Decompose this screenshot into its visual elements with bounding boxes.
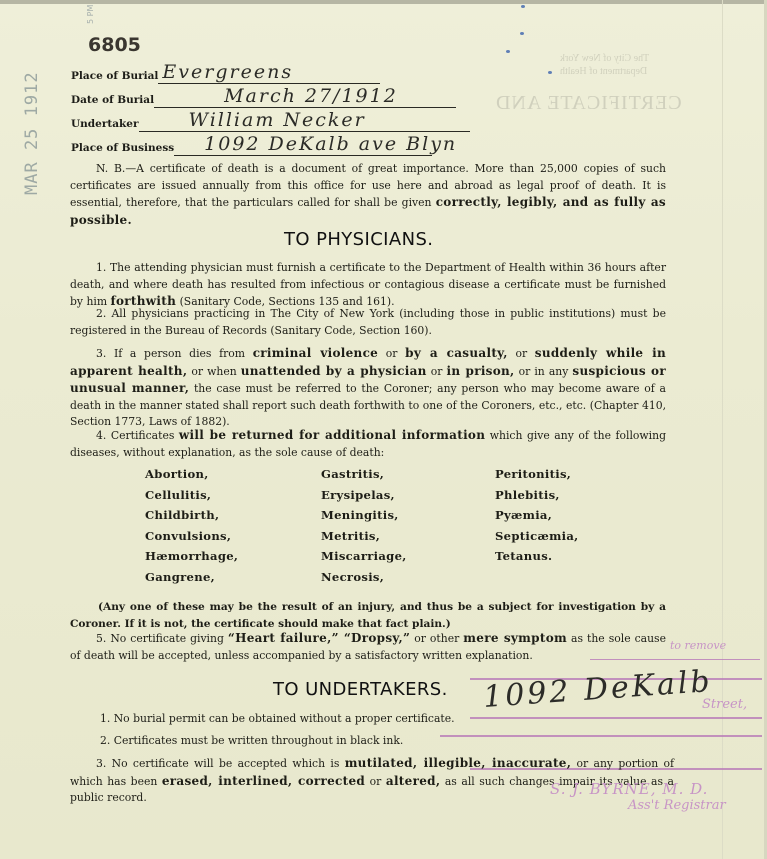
field-line: Evergreens (158, 63, 380, 84)
disease-item: Hæmorrhage, (145, 548, 321, 566)
item-emphasis: by a casualty, (405, 346, 508, 360)
disease-item: Necrosis, (321, 569, 495, 587)
item-emphasis: unattended by a physician (241, 364, 427, 378)
disease-item: Metritis, (321, 528, 495, 546)
field-date-of-burial: Date of Burial March 27/1912 (71, 86, 456, 108)
scan-top-edge (0, 0, 767, 4)
undertakers-heading: TO UNDERTAKERS. (273, 679, 448, 700)
ink-speck (506, 50, 510, 53)
field-label: Place of Business (71, 142, 174, 156)
disease-item (495, 569, 645, 587)
field-place-of-burial: Place of Burial Evergreens (71, 62, 380, 84)
item-text: or (378, 347, 405, 360)
overlay-rule (440, 735, 762, 737)
disease-item: Convulsions, (145, 528, 321, 546)
bleed-through-title: CERTIFICATE AND (495, 92, 682, 115)
ink-speck (521, 5, 525, 8)
street-label: Street, (702, 697, 747, 712)
field-line: 1092 DeKalb ave Blyn (174, 135, 432, 156)
item-emphasis: will be returned for additional informat… (179, 428, 485, 442)
bleed-through-column (722, 0, 763, 859)
item-text: or other (410, 632, 463, 645)
disease-item: Abortion, (145, 466, 321, 484)
overlay-rule (590, 659, 760, 660)
disease-item: Meningitis, (321, 507, 495, 525)
overlay-rule (470, 717, 762, 719)
disease-item: Tetanus. (495, 548, 645, 566)
item-emphasis: erased, interlined, corrected (162, 774, 365, 788)
item-emphasis: “Heart failure,” “Dropsy,” (228, 631, 410, 645)
item-text: 5. No certificate giving (96, 632, 228, 645)
field-line: William Necker (139, 111, 470, 132)
registrar-stamp-name: S. J. BYRNE, M. D. (550, 780, 708, 798)
item-text: or (427, 365, 447, 378)
time-stamp: 5 PM (86, 5, 95, 24)
physicians-item-4: 4. Certificates will be returned for add… (70, 427, 666, 461)
injury-note: (Any one of these may be the result of a… (70, 599, 666, 632)
registrar-stamp-title: Ass't Registrar (628, 798, 726, 813)
disease-item: Miscarriage, (321, 548, 495, 566)
ink-speck (548, 71, 552, 74)
field-label: Place of Burial (71, 70, 158, 84)
field-undertaker: Undertaker William Necker (71, 110, 470, 132)
disease-item: Septicæmia, (495, 528, 645, 546)
undertakers-item-1: 1. No burial permit can be obtained with… (70, 711, 470, 728)
item-emphasis: criminal violence (253, 346, 378, 360)
notice-paragraph: N. B.—A certificate of death is a docume… (70, 161, 666, 229)
field-value: Evergreens (162, 61, 293, 83)
item-text: 2. All physicians practicing in The City… (70, 307, 666, 337)
field-value: William Necker (189, 109, 366, 131)
handwritten-address: 1092 DeKalb (482, 664, 714, 715)
physicians-heading: TO PHYSICIANS. (284, 229, 433, 250)
physicians-item-2: 2. All physicians practicing in The City… (70, 306, 666, 339)
physicians-item-1: 1. The attending physician must furnish … (70, 260, 666, 311)
physicians-item-3: 3. If a person dies from criminal violen… (70, 345, 666, 431)
field-place-of-business: Place of Business 1092 DeKalb ave Blyn (71, 134, 432, 156)
bleed-through-header: The City of New York Department of Healt… (560, 52, 649, 78)
item-text: or in any (515, 365, 573, 378)
item-text: 3. If a person dies from (96, 347, 253, 360)
disease-item: Peritonitis, (495, 466, 645, 484)
field-label: Date of Burial (71, 94, 154, 108)
item-emphasis: mere symptom (463, 631, 567, 645)
item-text: or (508, 347, 535, 360)
received-date-stamp: MAR 25 1912 (22, 71, 42, 195)
physicians-item-5: 5. No certificate giving “Heart failure,… (70, 630, 666, 664)
certificate-page: The City of New York Department of Healt… (0, 0, 767, 859)
disease-item: Erysipelas, (321, 487, 495, 505)
field-line: March 27/1912 (154, 87, 456, 108)
disease-list: Abortion, Gastritis, Peritonitis, Cellul… (145, 466, 645, 586)
field-value: March 27/1912 (224, 85, 398, 107)
item-emphasis: in prison, (447, 364, 515, 378)
item-text: 3. No certificate will be accepted which… (96, 757, 345, 770)
item-text: or when (187, 365, 240, 378)
disease-item: Childbirth, (145, 507, 321, 525)
item-emphasis: altered, (386, 774, 440, 788)
item-text: 4. Certificates (96, 429, 179, 442)
undertakers-item-2: 2. Certificates must be written througho… (70, 733, 470, 750)
to-remove-note: to remove (670, 639, 726, 652)
item-emphasis: mutilated, illegible, inaccurate, (345, 756, 572, 770)
disease-item: Phlebitis, (495, 487, 645, 505)
item-text: or (365, 775, 386, 788)
disease-item: Cellulitis, (145, 487, 321, 505)
ink-speck (520, 32, 524, 35)
disease-item: Gastritis, (321, 466, 495, 484)
disease-item: Pyæmia, (495, 507, 645, 525)
field-value: 1092 DeKalb ave Blyn (204, 133, 457, 155)
field-label: Undertaker (71, 118, 139, 132)
certificate-number: 6805 (88, 34, 141, 56)
disease-item: Gangrene, (145, 569, 321, 587)
